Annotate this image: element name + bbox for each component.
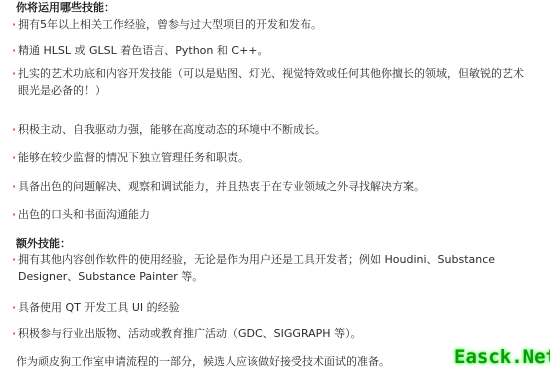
skill-item: · 精通 HLSL 或 GLSL 着色语言、Python 和 C++。 [12,42,532,59]
skill-item-text: 出色的口头和书面沟通能力 [18,206,532,223]
skill-item-text: 拥有5年以上相关工作经验，曾参与过大型项目的开发和发布。 [18,16,532,33]
skill-item-text: 精通 HLSL 或 GLSL 着色语言、Python 和 C++。 [18,42,532,59]
extra-skill-item-text: 积极参与行业出版物、活动或教育推广活动（GDC、SIGGRAPH 等）。 [18,325,532,342]
extra-skill-item: · 具备使用 QT 开发工具 UI 的经验 [12,299,532,316]
skill-item-text: 积极主动、自我驱动力强，能够在高度动态的环境中不断成长。 [18,121,532,138]
skill-item: · 能够在较少监督的情况下独立管理任务和职责。 [12,149,532,166]
skill-item: · 扎实的艺术功底和内容开发技能（可以是贴图、灯光、视觉特效或任何其他你擅长的领… [12,65,532,99]
watermark-logo: Easck.Net [454,349,550,366]
extra-skills-heading: 额外技能： [16,235,71,252]
extra-skill-item-text: 拥有其他内容创作软件的使用经验，无论是作为用户还是工具开发者；例如 Houdin… [18,251,532,285]
extra-skill-item-text: 具备使用 QT 开发工具 UI 的经验 [18,299,532,316]
skill-item-text: 能够在较少监督的情况下独立管理任务和职责。 [18,149,532,166]
skill-item: · 具备出色的问题解决、观察和调试能力，并且热衷于在专业领域之外寻找解决方案。 [12,178,532,195]
skill-item: · 积极主动、自我驱动力强，能够在高度动态的环境中不断成长。 [12,121,532,138]
skill-item-text: 扎实的艺术功底和内容开发技能（可以是贴图、灯光、视觉特效或任何其他你擅长的领域，… [18,65,532,99]
skill-item-text: 具备出色的问题解决、观察和调试能力，并且热衷于在专业领域之外寻找解决方案。 [18,178,532,195]
closing-note: 作为顽皮狗工作室申请流程的一部分，候选人应该做好接受技术面试的准备。 [16,353,390,370]
extra-skill-item: · 积极参与行业出版物、活动或教育推广活动（GDC、SIGGRAPH 等）。 [12,325,532,342]
skill-item: · 拥有5年以上相关工作经验，曾参与过大型项目的开发和发布。 [12,16,532,33]
skills-heading: 你将运用哪些技能： [16,0,115,16]
skill-item: · 出色的口头和书面沟通能力 [12,206,532,223]
extra-skill-item: · 拥有其他内容创作软件的使用经验，无论是作为用户还是工具开发者；例如 Houd… [12,251,532,285]
